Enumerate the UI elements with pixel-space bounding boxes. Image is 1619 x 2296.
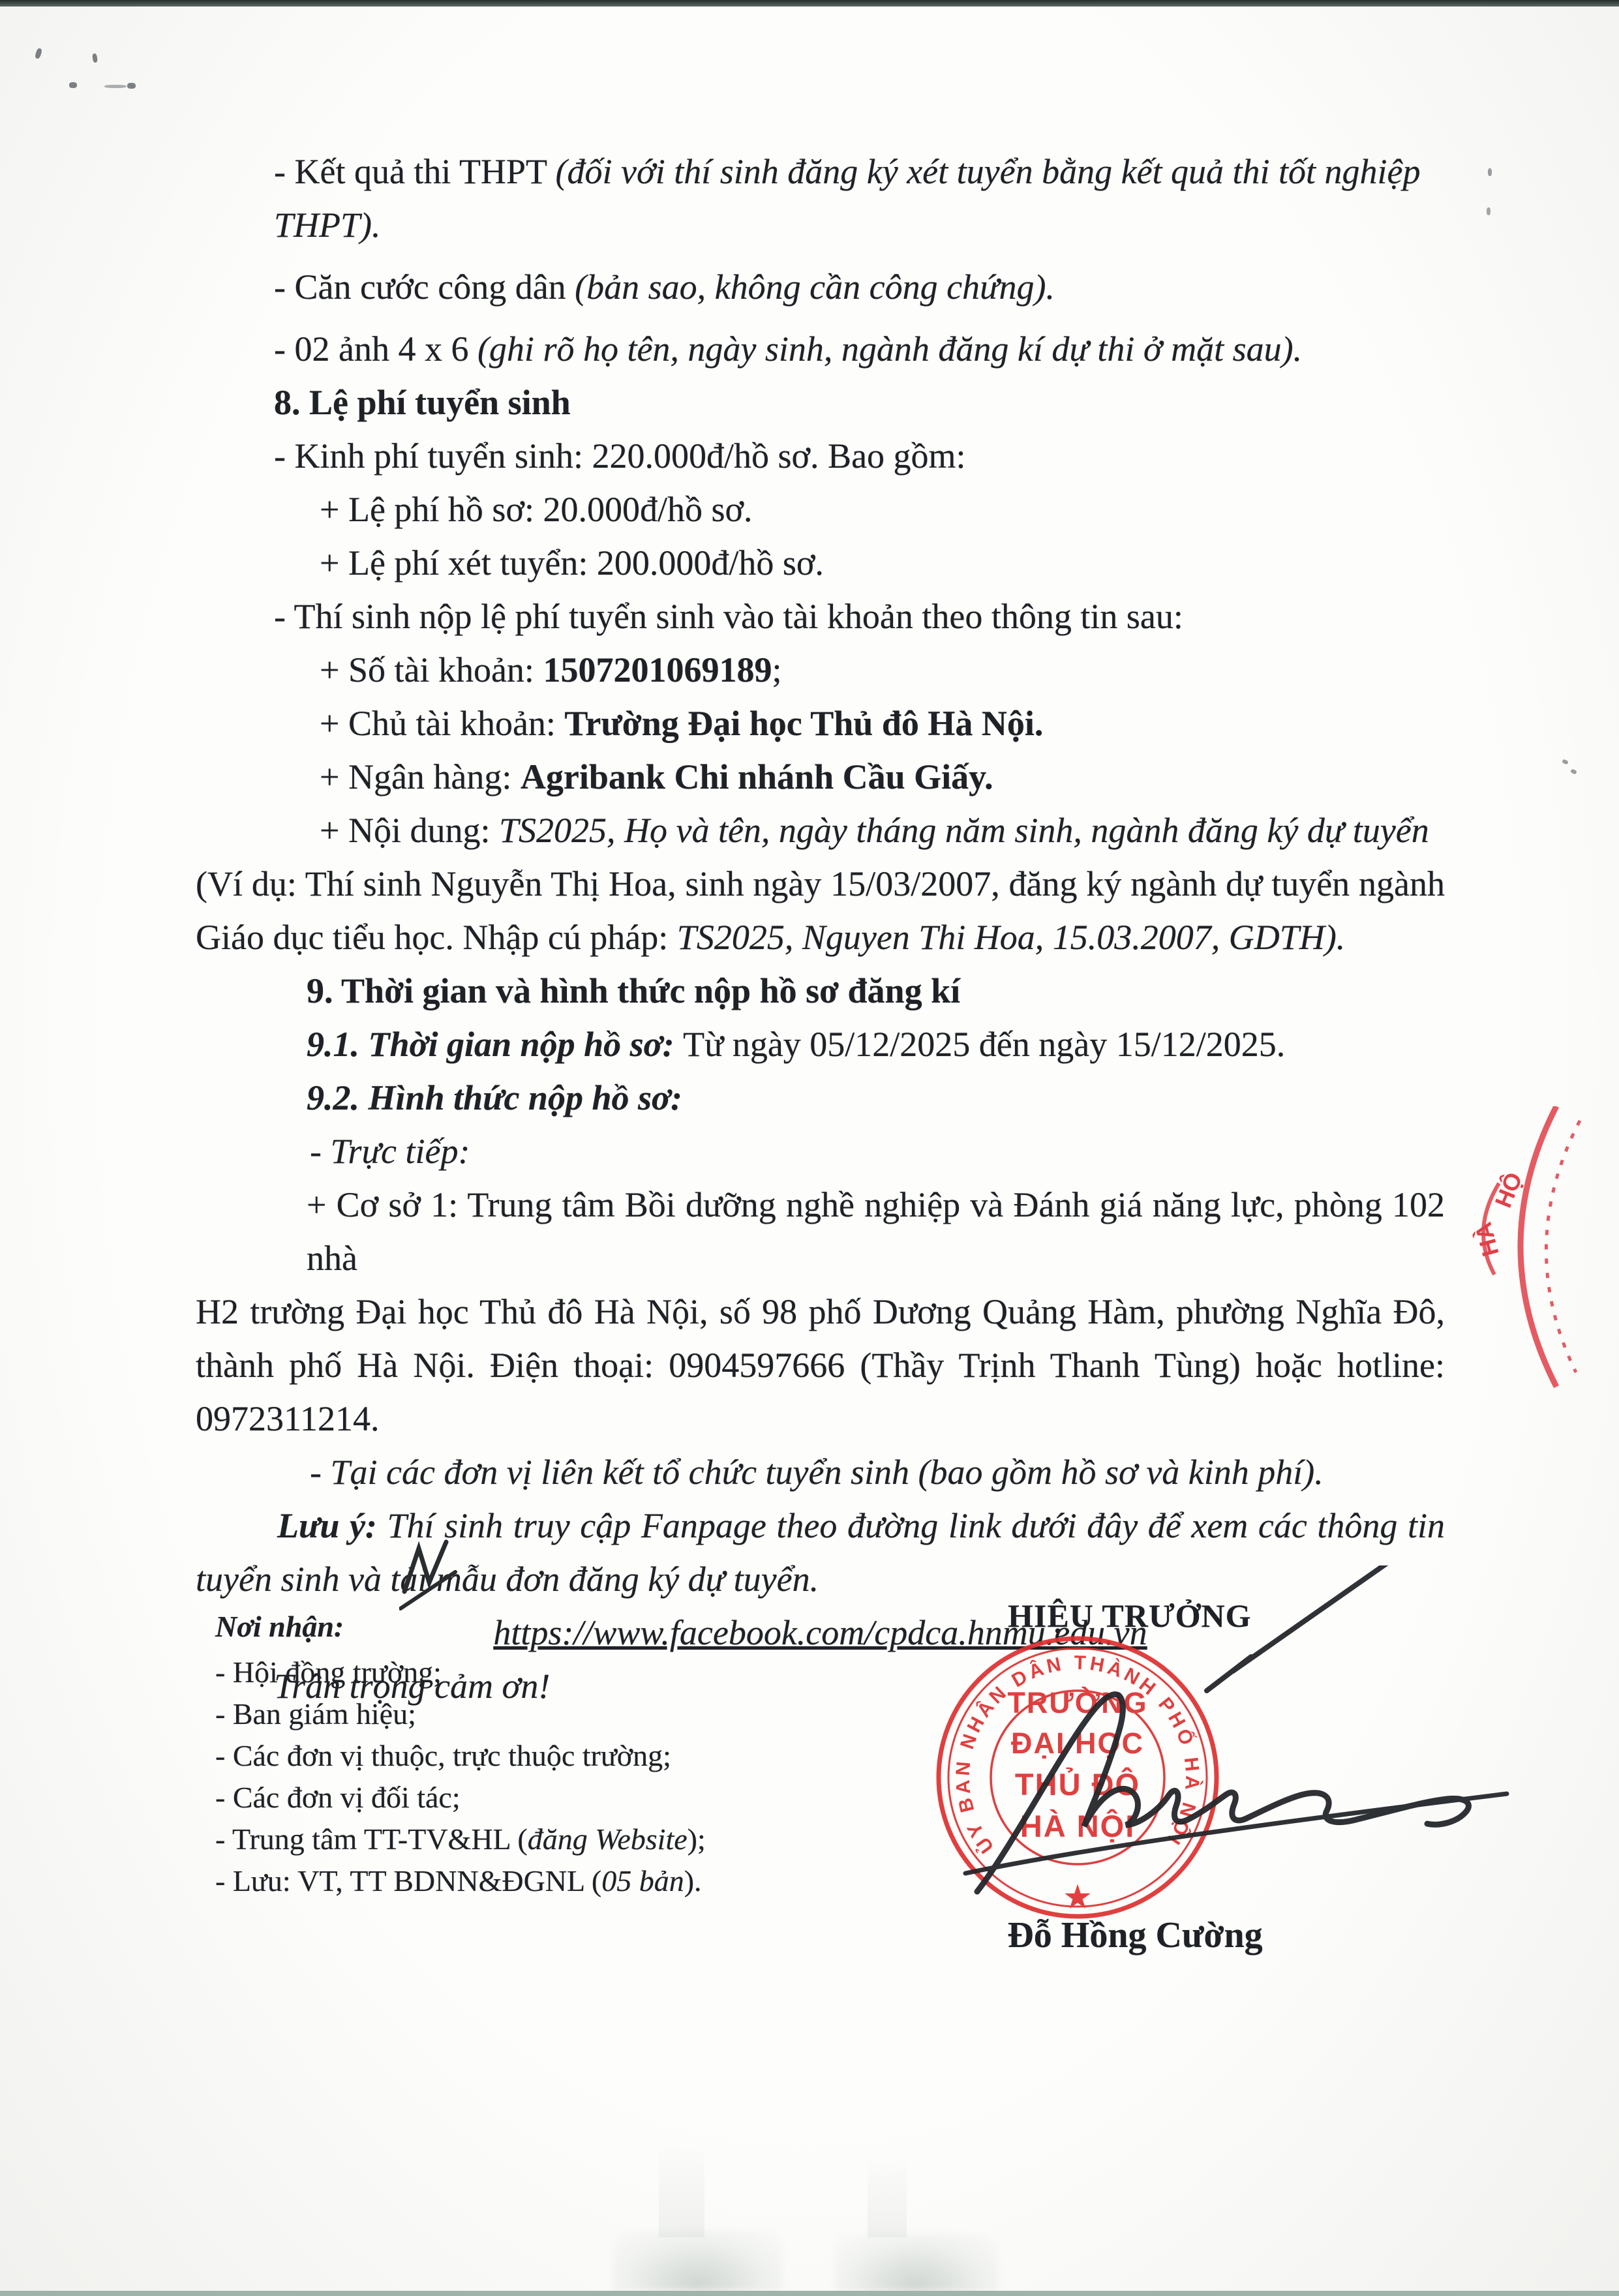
text-run: Thí sinh truy cập Fanpage theo đường lin… — [387, 1506, 1445, 1545]
text-run: 8. Lệ phí tuyển sinh — [274, 383, 571, 422]
document-line: (Ví dụ: Thí sinh Nguyễn Thị Hoa, sinh ng… — [196, 857, 1445, 911]
document-page: { "colors": { "stamp_red": "#dd3030", "i… — [0, 0, 1619, 2296]
recipients-list: - Hội đồng trường;- Ban giám hiệu;- Các … — [215, 1652, 802, 1902]
text-run: đăng Website — [528, 1822, 688, 1856]
scan-edge-top — [0, 0, 1619, 7]
text-run: 9.2. Hình thức nộp hồ sơ: — [307, 1078, 682, 1117]
recipients-block: Nơi nhận: - Hội đồng trường;- Ban giám h… — [215, 1606, 802, 1902]
document-line: 9. Thời gian và hình thức nộp hồ sơ đăng… — [307, 964, 1445, 1018]
text-run: - Các đơn vị đối tác; — [215, 1781, 461, 1814]
document-line: - Tại các đơn vị liên kết tổ chức tuyển … — [310, 1445, 1445, 1499]
handwritten-tick — [399, 1534, 471, 1616]
document-line: 9.1. Thời gian nộp hồ sơ: Từ ngày 05/12/… — [307, 1018, 1445, 1071]
scan-speck — [92, 53, 98, 63]
text-run: + Số tài khoản: — [320, 650, 543, 689]
text-run: 9.1. Thời gian nộp hồ sơ: — [307, 1025, 683, 1064]
text-run: tuyển sinh và tải mẫu đơn đăng ký dự tuy… — [196, 1560, 819, 1599]
text-run: (Ví dụ: Thí sinh Nguyễn Thị Hoa, sinh ng… — [196, 864, 1445, 903]
text-run: - Ban giám hiệu; — [215, 1697, 416, 1730]
text-run: ); — [688, 1822, 706, 1856]
stamp-center-line: HÀ NỘI — [1020, 1809, 1136, 1843]
document-line: - Kết quả thi THPT (đối với thí sinh đăn… — [274, 145, 1445, 252]
document-line: - Kinh phí tuyển sinh: 220.000đ/hồ sơ. B… — [274, 429, 1445, 483]
text-run: TS2025, Nguyen Thi Hoa, 15.03.2007, GDTH… — [677, 918, 1346, 957]
text-run: + Cơ sở 1: Trung tâm Bồi dưỡng nghề nghi… — [307, 1185, 1445, 1278]
text-run: - Kết quả thi THPT — [274, 152, 555, 191]
document-line: - 02 ảnh 4 x 6 (ghi rõ họ tên, ngày sinh… — [274, 322, 1445, 376]
stamp-star-icon: ★ — [1064, 1880, 1091, 1914]
document-line: + Ngân hàng: Agribank Chi nhánh Cầu Giấy… — [320, 750, 1445, 804]
text-run: Giáo dục tiểu học. Nhập cú pháp: — [196, 918, 677, 957]
recipient-item: - Các đơn vị đối tác; — [215, 1777, 802, 1819]
text-run: - Trung tâm TT-TV&HL ( — [215, 1822, 528, 1856]
document-line: - Thí sinh nộp lệ phí tuyển sinh vào tài… — [274, 590, 1445, 643]
text-run: + Nội dung: — [320, 811, 499, 850]
scan-speck — [1487, 207, 1490, 215]
scan-smudge — [868, 2152, 907, 2237]
scan-speck — [1562, 759, 1569, 764]
recipient-item: - Lưu: VT, TT BDNN&ĐGNL (05 bản). — [215, 1860, 802, 1902]
edge-stamp-fragment: HỘ HÀ — [1459, 1106, 1619, 1458]
text-run: - 02 ảnh 4 x 6 — [274, 329, 477, 369]
official-stamp-and-signature: ỦY BAN NHÂN DÂN THÀNH PHỐ HÀ NỘI ★ TRƯỜN… — [868, 1565, 1559, 1996]
edge-stamp-text: HÀ — [1470, 1220, 1504, 1260]
document-line: H2 trường Đại học Thủ đô Hà Nội, số 98 p… — [196, 1285, 1445, 1338]
recipient-item: - Các đơn vị thuộc, trực thuộc trường; — [215, 1735, 802, 1777]
text-run: 1507201069189 — [543, 650, 772, 689]
text-run: + Chủ tài khoản: — [320, 704, 564, 743]
stamp-center-line: THỦ ĐÔ — [1015, 1767, 1140, 1802]
document-line: + Nội dung: TS2025, Họ và tên, ngày thán… — [320, 804, 1445, 857]
scan-speck — [35, 48, 43, 59]
document-line: + Lệ phí xét tuyển: 200.000đ/hồ sơ. — [320, 536, 1445, 590]
recipient-item: - Trung tâm TT-TV&HL (đăng Website); — [215, 1819, 802, 1860]
stamp-center-line: TRƯỜNG — [1007, 1686, 1147, 1719]
document-line: 8. Lệ phí tuyển sinh — [274, 376, 1445, 429]
scan-smudge — [659, 2139, 704, 2237]
document-line: - Căn cước công dân (bản sao, không cần … — [274, 260, 1445, 314]
document-line: - Trực tiếp: — [310, 1125, 1445, 1178]
text-run: (ghi rõ họ tên, ngày sinh, ngành đăng kí… — [477, 329, 1302, 369]
text-run: + Lệ phí xét tuyển: 200.000đ/hồ sơ. — [320, 543, 824, 582]
scan-speck — [69, 82, 77, 88]
text-run: ). — [684, 1864, 702, 1897]
document-line: 9.2. Hình thức nộp hồ sơ: — [307, 1071, 1445, 1125]
document-line: + Cơ sở 1: Trung tâm Bồi dưỡng nghề nghi… — [307, 1178, 1445, 1285]
text-run: - Kinh phí tuyển sinh: 220.000đ/hồ sơ. B… — [274, 436, 966, 476]
text-run: + Lệ phí hồ sơ: 20.000đ/hồ sơ. — [320, 490, 753, 529]
text-run: - Trực tiếp: — [310, 1132, 470, 1171]
text-run: - Hội đồng trường; — [215, 1655, 442, 1689]
document-lines: - Kết quả thi THPT (đối với thí sinh đăn… — [196, 145, 1445, 1606]
scan-speck — [1570, 768, 1577, 774]
scan-speck — [104, 85, 127, 88]
document-line: + Chủ tài khoản: Trường Đại học Thủ đô H… — [320, 697, 1445, 750]
text-run: Agribank Chi nhánh Cầu Giấy. — [521, 757, 993, 796]
document-line: thành phố Hà Nội. Điện thoại: 0904597666… — [196, 1338, 1445, 1392]
recipient-item: - Ban giám hiệu; — [215, 1693, 802, 1735]
text-run: thành phố Hà Nội. Điện thoại: 0904597666… — [196, 1346, 1445, 1385]
text-run: 05 bản — [601, 1864, 684, 1897]
scan-smudge — [613, 2231, 783, 2291]
recipients-title: Nơi nhận: — [215, 1606, 802, 1648]
red-stamp: ỦY BAN NHÂN DÂN THÀNH PHỐ HÀ NỘI ★ TRƯỜN… — [939, 1639, 1217, 1916]
recipient-item: - Hội đồng trường; — [215, 1652, 802, 1693]
document-line: + Số tài khoản: 1507201069189; — [320, 643, 1445, 697]
document-line: 0972311214. — [196, 1392, 1445, 1445]
text-run: - Lưu: VT, TT BDNN&ĐGNL ( — [215, 1864, 601, 1897]
text-run: 9. Thời gian và hình thức nộp hồ sơ đăng… — [307, 971, 960, 1010]
text-run: - Thí sinh nộp lệ phí tuyển sinh vào tài… — [274, 597, 1183, 636]
text-run: - Tại các đơn vị liên kết tổ chức tuyển … — [310, 1453, 1324, 1492]
text-run: H2 trường Đại học Thủ đô Hà Nội, số 98 p… — [196, 1292, 1445, 1331]
text-run: (bản sao, không cần công chứng). — [575, 267, 1055, 307]
document-body: - Kết quả thi THPT (đối với thí sinh đăn… — [196, 145, 1445, 1713]
text-run: ; — [772, 650, 781, 689]
scan-edge-bottom — [0, 2291, 1619, 2296]
text-run: 0972311214. — [196, 1399, 380, 1438]
text-run: TS2025, Họ và tên, ngày tháng năm sinh, … — [499, 811, 1429, 850]
document-line: + Lệ phí hồ sơ: 20.000đ/hồ sơ. — [320, 483, 1445, 536]
scan-smudge — [835, 2234, 998, 2291]
text-run: + Ngân hàng: — [320, 757, 521, 796]
text-run: - Các đơn vị thuộc, trực thuộc trường; — [215, 1739, 671, 1772]
scan-speck — [127, 83, 136, 89]
text-run: - Căn cước công dân — [274, 267, 575, 307]
text-run: Từ ngày 05/12/2025 đến ngày 15/12/2025. — [683, 1025, 1285, 1064]
document-line: Giáo dục tiểu học. Nhập cú pháp: TS2025,… — [196, 911, 1445, 964]
text-run: Lưu ý: — [277, 1506, 387, 1545]
text-run: Trường Đại học Thủ đô Hà Nội. — [564, 704, 1043, 743]
scan-speck — [1488, 168, 1492, 176]
